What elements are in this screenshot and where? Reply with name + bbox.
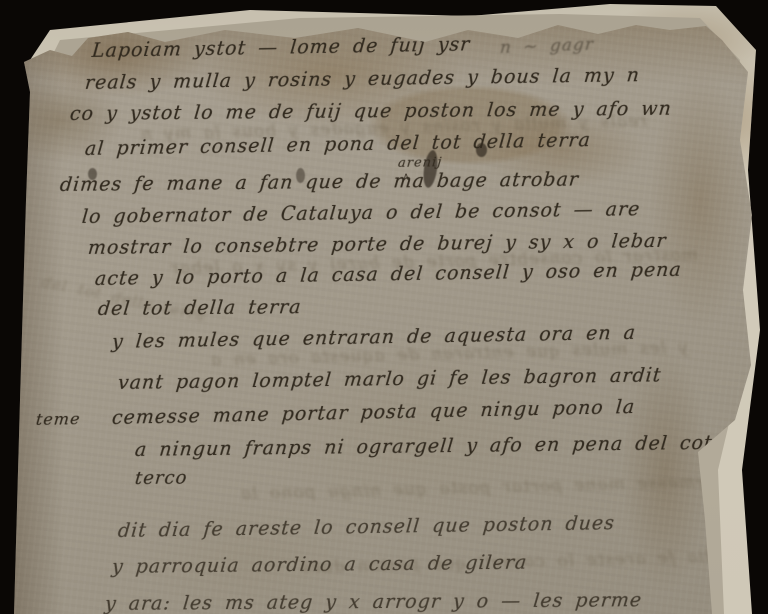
manuscript-line: terco bbox=[134, 468, 188, 489]
manuscript-line: y ara: les ms ateg y x arrogr y o — les … bbox=[104, 589, 643, 614]
interlinear-note: arenij bbox=[397, 155, 443, 171]
manuscript-line: y parroquia aordino a casa de gilera bbox=[111, 552, 528, 578]
margin-note: teme bbox=[35, 409, 81, 429]
manuscript-line: del tot della terra bbox=[97, 296, 303, 320]
manuscript-line: n ~ gagr bbox=[499, 35, 594, 58]
manuscript-photo: reals y mulla y rosins y eugades y bous … bbox=[0, 0, 768, 614]
manuscript-page: reals y mulla y rosins y eugades y bous … bbox=[0, 0, 768, 614]
